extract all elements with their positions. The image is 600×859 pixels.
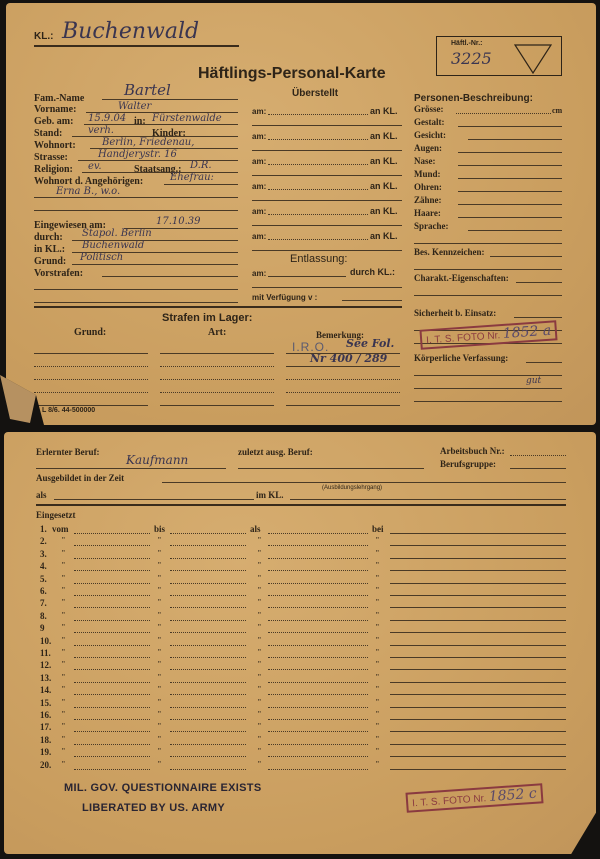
front-card: KL.: Buchenwald Häftl.-Nr.: 3225 Häftlin… <box>6 3 596 425</box>
durch-kl-label: durch KL.: <box>350 267 395 277</box>
kennzeichen-label: Bes. Kennzeichen: <box>414 247 485 257</box>
ditto-mark: " <box>258 586 261 595</box>
ditto-mark: " <box>158 636 161 645</box>
ditto-mark: " <box>258 747 261 756</box>
ditto-mark: " <box>376 561 379 570</box>
bei-field <box>390 645 566 646</box>
strafen-art-label: Art: <box>208 327 226 338</box>
ditto-mark: " <box>62 574 65 583</box>
row-number: 10. <box>40 636 51 646</box>
vorname-value: Walter <box>118 101 151 112</box>
bis-field <box>170 669 246 670</box>
bei-field <box>390 744 566 745</box>
ditto-mark: " <box>376 685 379 694</box>
koerperlich-value: gut <box>526 376 541 386</box>
ditto-mark: " <box>62 685 65 694</box>
vom-field <box>74 707 150 708</box>
ditto-mark: " <box>158 561 161 570</box>
row-number: 6. <box>40 586 47 596</box>
bis-field <box>170 682 246 683</box>
back-card: Erlernter Beruf: Kaufmann zuletzt ausg. … <box>4 432 596 854</box>
bei-field <box>390 707 566 708</box>
koerperlich-label: Körperliche Verfassung: <box>414 353 508 363</box>
bis-field <box>170 769 246 770</box>
ditto-mark: " <box>258 660 261 669</box>
strafen-grund-label: Grund: <box>74 327 106 338</box>
bis-field <box>170 707 246 708</box>
als-field <box>268 632 368 633</box>
row-number: 5. <box>40 574 47 584</box>
kl-value: Buchenwald <box>62 19 199 44</box>
row-number: 17. <box>40 722 51 732</box>
ueberstellt-heading: Überstellt <box>292 88 338 99</box>
bis-field <box>170 744 246 745</box>
als-field <box>268 719 368 720</box>
bei-field <box>390 694 566 695</box>
ditto-mark: " <box>158 660 161 669</box>
ditto-mark: " <box>376 611 379 620</box>
als-field <box>268 583 368 584</box>
kl-underline <box>34 45 239 47</box>
bis-field <box>170 620 246 621</box>
angehoerige-value2: Erna B., w.o. <box>56 186 120 197</box>
bei-field <box>390 756 566 757</box>
staatsang-value: D.R. <box>190 160 212 171</box>
vom-field <box>74 632 150 633</box>
als-field <box>268 657 368 658</box>
row-number: 7. <box>40 598 47 608</box>
bei-field <box>390 657 566 658</box>
bei-field <box>390 669 566 670</box>
vorname-label: Vorname: <box>34 104 76 115</box>
ditto-mark: " <box>62 760 65 769</box>
card-title: Häftlings-Personal-Karte <box>198 65 386 83</box>
in-value: Fürstenwalde <box>152 113 222 124</box>
ditto-mark: " <box>376 536 379 545</box>
ditto-mark: " <box>376 549 379 558</box>
fam-name-label: Fam.-Name <box>34 93 84 104</box>
als-field <box>268 694 368 695</box>
ditto-mark: " <box>376 747 379 756</box>
bei-field <box>390 731 566 732</box>
ditto-mark: " <box>376 660 379 669</box>
vom-field <box>74 769 150 770</box>
ditto-mark: " <box>258 549 261 558</box>
ditto-mark: " <box>62 549 65 558</box>
ditto-mark: " <box>258 611 261 620</box>
bis-field <box>170 570 246 571</box>
als-field <box>268 744 368 745</box>
haeftl-nr-value: 3225 <box>451 49 492 68</box>
kl-label: KL.: <box>34 31 53 42</box>
eingewiesen-value: 17.10.39 <box>156 216 201 227</box>
ditto-mark: " <box>158 574 161 583</box>
als-field <box>268 731 368 732</box>
cut-corner <box>570 806 600 856</box>
vom-field <box>74 657 150 658</box>
bei-field <box>390 632 566 633</box>
ditto-mark: " <box>158 710 161 719</box>
triangle-badge-icon <box>513 43 553 75</box>
strasse-value: Handjerystr. 16 <box>98 149 177 160</box>
grund-value: Politisch <box>80 252 123 263</box>
ditto-mark: " <box>376 698 379 707</box>
ausgebildet-label: Ausgebildet in der Zeit <box>36 473 124 483</box>
bis-field <box>170 657 246 658</box>
ditto-mark: " <box>62 722 65 731</box>
fam-name-value: Bartel <box>124 81 171 99</box>
vom-field <box>74 533 150 534</box>
ausbildung-note: (Ausbildungslehrgang) <box>322 485 382 491</box>
row-number: 18. <box>40 735 51 745</box>
stand-label: Stand: <box>34 128 62 139</box>
geb-value: 15.9.04 <box>88 113 126 124</box>
row-number: 16. <box>40 710 51 720</box>
ditto-mark: " <box>258 673 261 682</box>
ditto-mark: " <box>258 636 261 645</box>
ditto-mark: " <box>376 648 379 657</box>
vom-field <box>74 545 150 546</box>
durch-label: durch: <box>34 232 63 243</box>
vom-field <box>74 694 150 695</box>
ditto-mark: " <box>376 636 379 645</box>
ditto-mark: " <box>258 710 261 719</box>
ditto-mark: " <box>258 735 261 744</box>
als-label: als <box>36 490 47 500</box>
als-field <box>268 533 368 534</box>
im-kl-label: im KL. <box>256 490 284 500</box>
ditto-mark: " <box>376 623 379 632</box>
beschreibung-heading: Personen-Beschreibung: <box>414 93 533 104</box>
row-number: 19. <box>40 747 51 757</box>
col-als: als <box>250 524 261 534</box>
bei-field <box>390 607 566 608</box>
vom-field <box>74 744 150 745</box>
ditto-mark: " <box>62 660 65 669</box>
row-number: 13. <box>40 673 51 683</box>
strafen-heading: Strafen im Lager: <box>162 312 252 324</box>
strasse-label: Strasse: <box>34 152 68 163</box>
religion-label: Religion: <box>34 164 73 175</box>
col-bei: bei <box>372 524 384 534</box>
vom-field <box>74 756 150 757</box>
ditto-mark: " <box>62 648 65 657</box>
arbeitsbuch-label: Arbeitsbuch Nr.: <box>440 446 505 456</box>
eingesetzt-label: Eingesetzt <box>36 510 76 520</box>
ditto-mark: " <box>376 735 379 744</box>
als-field <box>268 558 368 559</box>
col-vom: vom <box>52 524 69 534</box>
als-field <box>268 620 368 621</box>
entlassung-heading: Entlassung: <box>290 253 347 265</box>
vom-field <box>74 595 150 596</box>
berufsgruppe-label: Berufsgruppe: <box>440 459 496 469</box>
bei-field <box>390 769 566 770</box>
ditto-mark: " <box>376 598 379 607</box>
als-field <box>268 607 368 608</box>
bei-field <box>390 545 566 546</box>
row-number: 3. <box>40 549 47 559</box>
haeftl-nr-label: Häftl.-Nr.: <box>451 40 483 47</box>
bei-field <box>390 620 566 621</box>
inkl-label: in KL.: <box>34 244 65 255</box>
row-number: 1. <box>40 524 47 534</box>
charakt-label: Charakt.-Eigenschaften: <box>414 273 509 283</box>
sicherheit-label: Sicherheit b. Einsatz: <box>414 308 496 318</box>
row-number: 9 <box>40 623 45 633</box>
row-number: 2. <box>40 536 47 546</box>
ditto-mark: " <box>158 735 161 744</box>
vorstrafen-label: Vorstrafen: <box>34 268 83 279</box>
col-bis: bis <box>154 524 165 534</box>
ditto-mark: " <box>158 623 161 632</box>
bei-field <box>390 570 566 571</box>
stand-value: verh. <box>88 125 114 136</box>
ditto-mark: " <box>376 710 379 719</box>
ditto-mark: " <box>376 673 379 682</box>
religion-value: ev. <box>88 161 102 172</box>
row-number: 11. <box>40 648 51 658</box>
in-label: in: <box>134 116 146 127</box>
ditto-mark: " <box>258 598 261 607</box>
vom-field <box>74 731 150 732</box>
bis-field <box>170 719 246 720</box>
ditto-mark: " <box>62 598 65 607</box>
ditto-mark: " <box>158 685 161 694</box>
ditto-mark: " <box>258 574 261 583</box>
als-field <box>268 570 368 571</box>
ditto-mark: " <box>158 722 161 731</box>
geb-label: Geb. am: <box>34 116 73 127</box>
vom-field <box>74 607 150 608</box>
ditto-mark: " <box>158 760 161 769</box>
bis-field <box>170 583 246 584</box>
row-number: 8. <box>40 611 47 621</box>
angehoerige-value: Ehefrau: <box>170 172 214 183</box>
erlernter-beruf-value: Kaufmann <box>126 453 188 467</box>
ditto-mark: " <box>62 698 65 707</box>
ditto-mark: " <box>62 735 65 744</box>
bei-field <box>390 682 566 683</box>
haeftl-nr-box: Häftl.-Nr.: 3225 <box>436 36 562 76</box>
wohnort-value: Berlin, Friedenau, <box>102 137 194 148</box>
ditto-mark: " <box>158 598 161 607</box>
bei-field <box>390 533 566 534</box>
verfuegung-label: mit Verfügung v : <box>252 293 317 302</box>
erlernter-beruf-label: Erlernter Beruf: <box>36 447 100 457</box>
ditto-mark: " <box>158 673 161 682</box>
bemerkung-value1: See Fol. <box>346 337 394 350</box>
als-field <box>268 682 368 683</box>
inkl-value: Buchenwald <box>82 240 144 251</box>
als-field <box>268 756 368 757</box>
als-field <box>268 545 368 546</box>
bis-field <box>170 533 246 534</box>
ditto-mark: " <box>258 698 261 707</box>
als-field <box>268 595 368 596</box>
zuletzt-label: zuletzt ausg. Beruf: <box>238 447 313 457</box>
row-number: 4. <box>40 561 47 571</box>
ditto-mark: " <box>158 536 161 545</box>
durch-value: Stapol. Berlin <box>82 228 152 239</box>
bis-field <box>170 607 246 608</box>
entlassung-am-label: am: <box>252 269 266 278</box>
ditto-mark: " <box>258 760 261 769</box>
ditto-mark: " <box>62 536 65 545</box>
ditto-mark: " <box>62 611 65 620</box>
row-number: 12. <box>40 660 51 670</box>
row-number: 14. <box>40 685 51 695</box>
row-number: 20. <box>40 760 51 770</box>
bei-field <box>390 583 566 584</box>
folded-corner <box>0 375 46 427</box>
ditto-mark: " <box>62 673 65 682</box>
als-field <box>268 645 368 646</box>
bis-field <box>170 595 246 596</box>
ditto-mark: " <box>258 648 261 657</box>
ditto-mark: " <box>258 623 261 632</box>
ditto-mark: " <box>258 536 261 545</box>
ditto-mark: " <box>158 698 161 707</box>
ditto-mark: " <box>158 747 161 756</box>
bis-field <box>170 756 246 757</box>
bis-field <box>170 731 246 732</box>
print-code: L 8/6. 44-500000 <box>42 407 95 414</box>
ditto-mark: " <box>62 623 65 632</box>
ditto-mark: " <box>258 685 261 694</box>
vom-field <box>74 682 150 683</box>
bei-field <box>390 558 566 559</box>
ditto-mark: " <box>376 722 379 731</box>
vom-field <box>74 620 150 621</box>
bei-field <box>390 595 566 596</box>
ditto-mark: " <box>158 648 161 657</box>
row-number: 15. <box>40 698 51 708</box>
ditto-mark: " <box>258 722 261 731</box>
ditto-mark: " <box>62 561 65 570</box>
ditto-mark: " <box>258 561 261 570</box>
vom-field <box>74 583 150 584</box>
ditto-mark: " <box>376 586 379 595</box>
milgov-stamp: MIL. GOV. QUESTIONNAIRE EXISTS <box>64 782 261 794</box>
bei-field <box>390 719 566 720</box>
liberated-stamp: LIBERATED BY US. ARMY <box>82 802 225 814</box>
bis-field <box>170 545 246 546</box>
its-foto-stamp-front: I. T. S. FOTO Nr. 1852 a <box>419 320 557 350</box>
vom-field <box>74 558 150 559</box>
ditto-mark: " <box>376 760 379 769</box>
vom-field <box>74 669 150 670</box>
als-field <box>268 707 368 708</box>
bis-field <box>170 558 246 559</box>
vom-field <box>74 645 150 646</box>
ditto-mark: " <box>62 747 65 756</box>
ditto-mark: " <box>158 611 161 620</box>
vom-field <box>74 719 150 720</box>
ditto-mark: " <box>376 574 379 583</box>
vom-field <box>74 570 150 571</box>
grund-label: Grund: <box>34 256 66 267</box>
ditto-mark: " <box>62 636 65 645</box>
ditto-mark: " <box>158 549 161 558</box>
bis-field <box>170 632 246 633</box>
its-foto-stamp-back: I. T. S. FOTO Nr. 1852 c <box>405 783 543 812</box>
bis-field <box>170 645 246 646</box>
als-field <box>268 769 368 770</box>
als-field <box>268 669 368 670</box>
wohnort-label: Wohnort: <box>34 140 76 151</box>
ditto-mark: " <box>62 710 65 719</box>
ditto-mark: " <box>62 586 65 595</box>
bis-field <box>170 694 246 695</box>
ditto-mark: " <box>158 586 161 595</box>
